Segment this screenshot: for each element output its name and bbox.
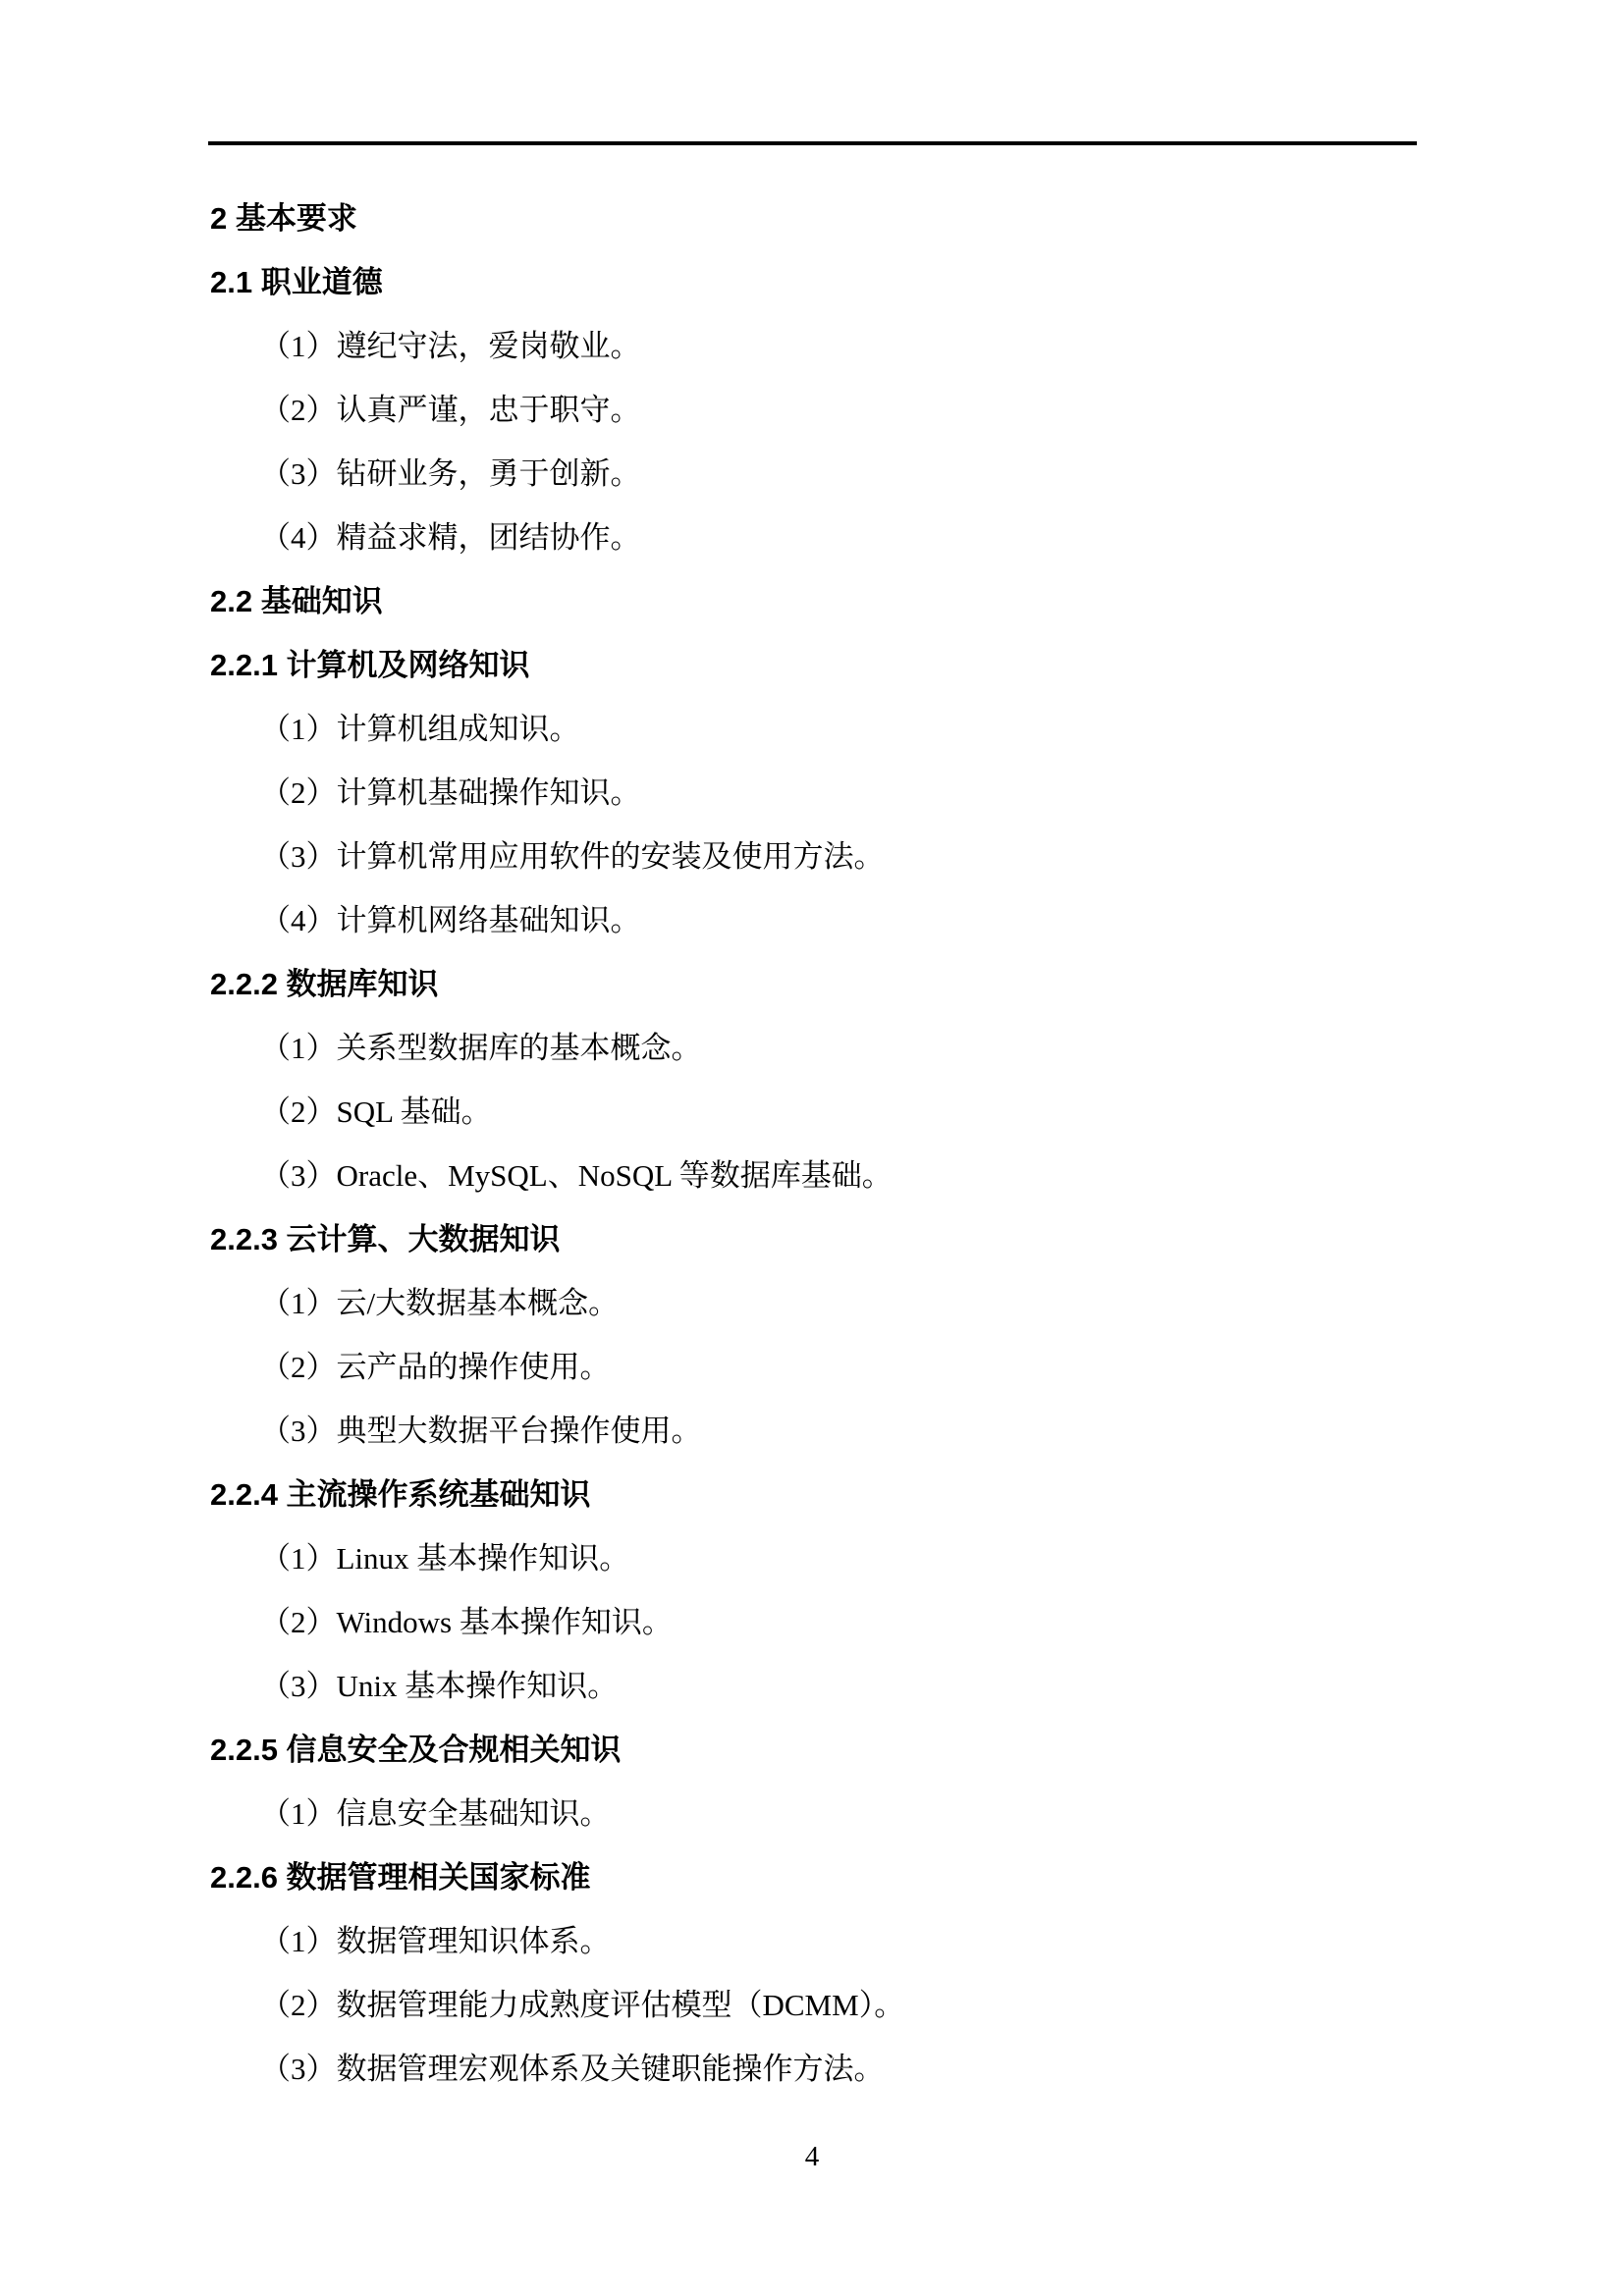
subsection-heading: 2.2.1 计算机及网络知识 — [0, 633, 1624, 697]
list-item: （4）精益求精，团结协作。 — [0, 506, 1624, 569]
subsection-heading: 2.2.4 主流操作系统基础知识 — [0, 1463, 1624, 1526]
list-item: （1）数据管理知识体系。 — [0, 1909, 1624, 1973]
section-heading: 2.1 职业道德 — [0, 250, 1624, 314]
list-item: （1）关系型数据库的基本概念。 — [0, 1016, 1624, 1080]
section-heading: 2.2 基础知识 — [0, 569, 1624, 633]
list-item: （2）SQL 基础。 — [0, 1080, 1624, 1144]
list-item: （2）云产品的操作使用。 — [0, 1335, 1624, 1399]
header-rule — [208, 141, 1417, 145]
document-body: 2 基本要求2.1 职业道德（1）遵纪守法，爱岗敬业。（2）认真严谨，忠于职守。… — [0, 187, 1624, 2101]
list-item: （2）Windows 基本操作知识。 — [0, 1590, 1624, 1654]
page-number: 4 — [0, 2136, 1624, 2177]
list-item: （3）Oracle、MySQL、NoSQL 等数据库基础。 — [0, 1144, 1624, 1207]
subsection-heading: 2.2.6 数据管理相关国家标准 — [0, 1845, 1624, 1909]
subsection-heading: 2.2.2 数据库知识 — [0, 952, 1624, 1016]
list-item: （3）Unix 基本操作知识。 — [0, 1654, 1624, 1718]
list-item: （2）计算机基础操作知识。 — [0, 761, 1624, 825]
list-item: （1）计算机组成知识。 — [0, 697, 1624, 761]
subsection-heading: 2.2.3 云计算、大数据知识 — [0, 1207, 1624, 1271]
list-item: （3）计算机常用应用软件的安装及使用方法。 — [0, 825, 1624, 888]
chapter-heading: 2 基本要求 — [0, 187, 1624, 250]
subsection-heading: 2.2.5 信息安全及合规相关知识 — [0, 1718, 1624, 1782]
list-item: （3）典型大数据平台操作使用。 — [0, 1399, 1624, 1463]
list-item: （3）数据管理宏观体系及关键职能操作方法。 — [0, 2037, 1624, 2101]
list-item: （2）数据管理能力成熟度评估模型（DCMM）。 — [0, 1973, 1624, 2037]
document-page: 2 基本要求2.1 职业道德（1）遵纪守法，爱岗敬业。（2）认真严谨，忠于职守。… — [0, 0, 1624, 2296]
list-item: （1）Linux 基本操作知识。 — [0, 1526, 1624, 1590]
list-item: （1）信息安全基础知识。 — [0, 1782, 1624, 1845]
list-item: （3）钻研业务，勇于创新。 — [0, 442, 1624, 506]
list-item: （2）认真严谨，忠于职守。 — [0, 378, 1624, 442]
list-item: （1）云/大数据基本概念。 — [0, 1271, 1624, 1335]
list-item: （4）计算机网络基础知识。 — [0, 888, 1624, 952]
list-item: （1）遵纪守法，爱岗敬业。 — [0, 314, 1624, 378]
